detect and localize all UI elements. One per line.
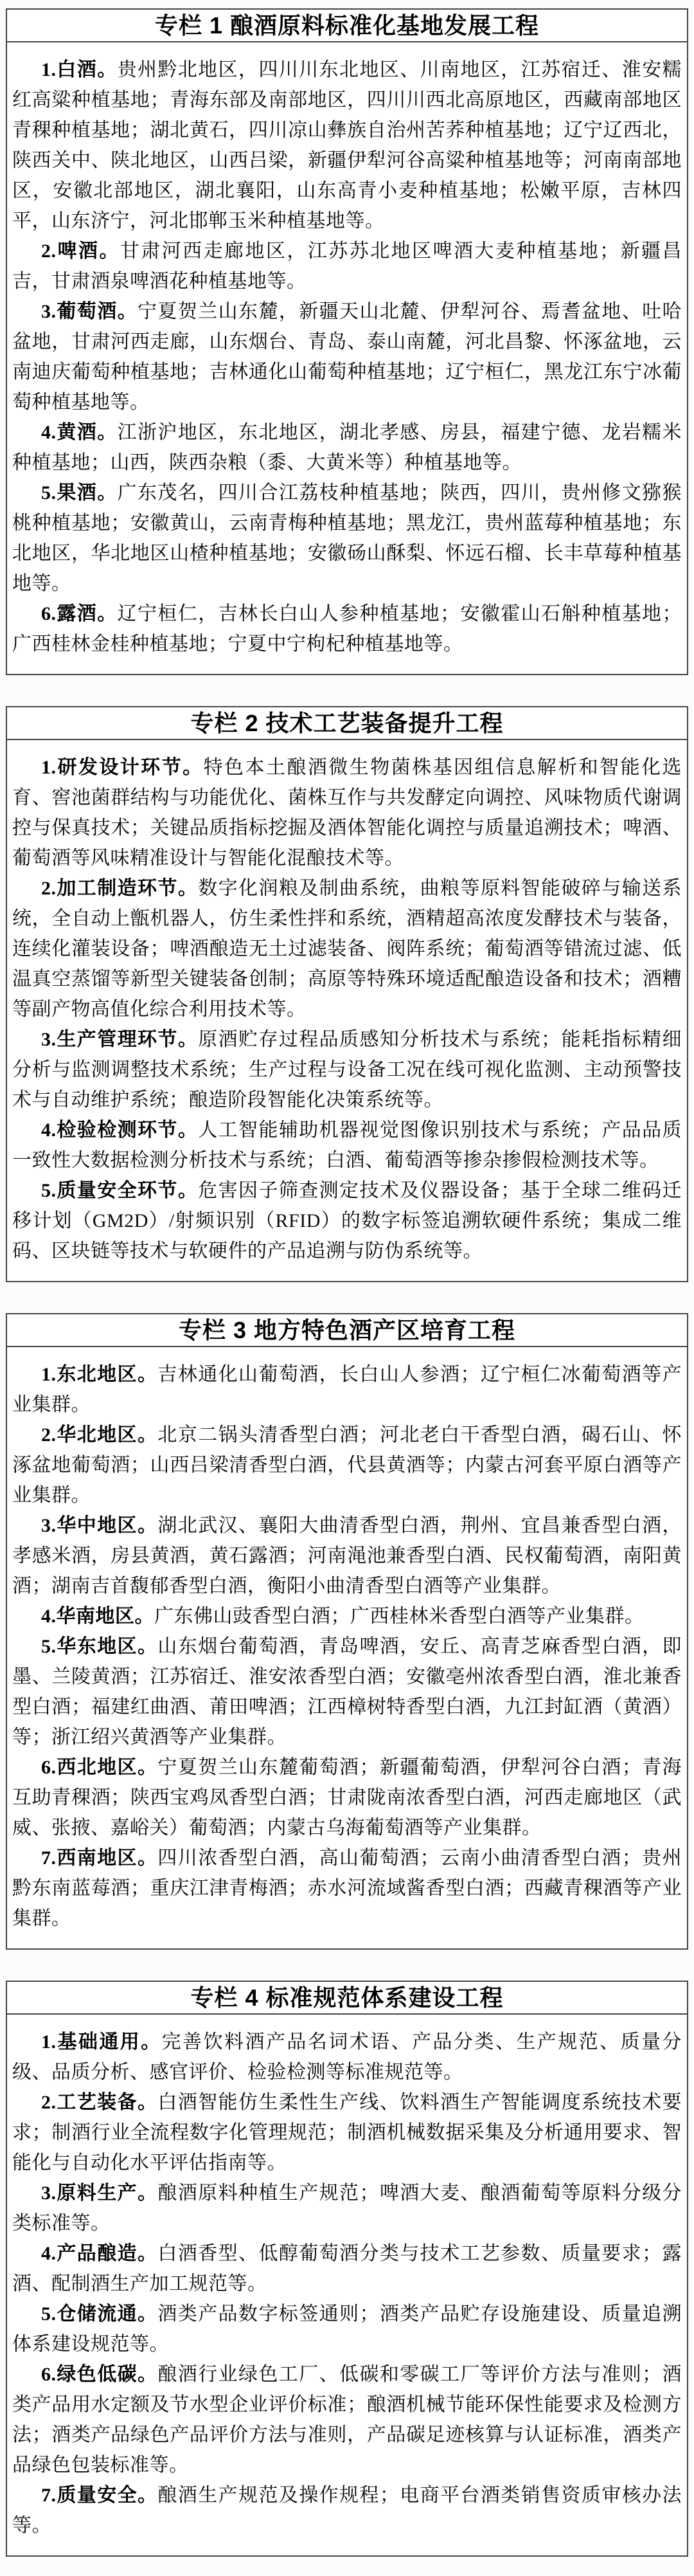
panel-title: 专栏 3 地方特色酒产区培育工程 [7,1314,687,1347]
item-lead: 5.果酒。 [41,482,118,503]
panel-title: 专栏 4 标准规范体系建设工程 [7,1982,687,2015]
panel-item: 4.检验检测环节。人工智能辅助机器视觉图像识别技术与系统；产品品质一致性大数据检… [12,1115,682,1175]
panel-body: 1.基础通用。完善饮料酒产品名词术语、产品分类、生产规范、质量分级、品质分析、感… [7,2015,687,2555]
panel-item: 7.质量安全。酿酒生产规范及操作规程；电商平台酒类销售资质审核办法等。 [12,2480,682,2541]
item-lead: 5.仓储流通。 [41,2303,157,2325]
panel-item: 1.研发设计环节。特色本土酿酒微生物菌株基因组信息解析和智能化选育、窖池菌群结构… [12,752,682,873]
panel-item: 4.产品酿造。白酒香型、低醇葡萄酒分类与技术工艺参数、质量要求；露酒、配制酒生产… [12,2238,682,2299]
item-lead: 1.研发设计环节。 [41,757,204,778]
item-lead: 4.产品酿造。 [41,2243,157,2264]
item-lead: 7.质量安全。 [41,2485,157,2506]
item-lead: 3.华中地区。 [41,1515,157,1536]
item-lead: 4.黄酒。 [41,422,118,443]
panel-item: 3.生产管理环节。原酒贮存过程品质感知分析技术与系统；能耗指标精细分析与监测调整… [12,1024,682,1115]
panel-item: 1.东北地区。吉林通化山葡萄酒，长白山人参酒；辽宁桓仁冰葡萄酒等产业集群。 [12,1359,682,1420]
panel-body: 1.研发设计环节。特色本土酿酒微生物菌株基因组信息解析和智能化选育、窖池菌群结构… [7,740,687,1281]
panel-item: 5.仓储流通。酒类产品数字标签通则；酒类产品贮存设施建设、质量追溯体系建设规范等… [12,2299,682,2359]
panel-title: 专栏 2 技术工艺装备提升工程 [7,707,687,740]
panel-3: 专栏 3 地方特色酒产区培育工程 1.东北地区。吉林通化山葡萄酒，长白山人参酒；… [6,1313,688,1950]
panel-item: 6.西北地区。宁夏贺兰山东麓葡萄酒；新疆葡萄酒，伊犁河谷白酒；青海互助青稞酒；陕… [12,1752,682,1843]
item-text: 数字化润粮及制曲系统，曲粮等原料智能破碎与输送系统，全自动上甑机器人，仿生柔性拌… [12,878,682,1020]
panel-item: 2.加工制造环节。数字化润粮及制曲系统，曲粮等原料智能破碎与输送系统，全自动上甑… [12,873,682,1024]
panel-2: 专栏 2 技术工艺装备提升工程 1.研发设计环节。特色本土酿酒微生物菌株基因组信… [6,706,688,1282]
panel-item: 5.质量安全环节。危害因子筛查测定技术及仪器设备；基于全球二维码迁移计划（GM2… [12,1175,682,1266]
panel-item: 1.白酒。贵州黔北地区，四川川东北地区、川南地区，江苏宿迁、淮安糯红高粱种植基地… [12,55,682,236]
panel-item: 3.华中地区。湖北武汉、襄阳大曲清香型白酒，荆州、宜昌兼香型白酒，孝感米酒，房县… [12,1510,682,1601]
item-lead: 3.葡萄酒。 [41,301,138,322]
item-lead: 1.白酒。 [41,59,118,80]
document-body: 专栏 1 酿酒原料标准化基地发展工程 1.白酒。贵州黔北地区，四川川东北地区、川… [0,8,694,2557]
panel-item: 4.华南地区。广东佛山豉香型白酒；广西桂林米香型白酒等产业集群。 [12,1601,682,1631]
item-lead: 4.检验检测环节。 [41,1120,198,1141]
panel-4: 专栏 4 标准规范体系建设工程 1.基础通用。完善饮料酒产品名词术语、产品分类、… [6,1981,688,2557]
document-page: { "page": { "background_color": "#fcfcfc… [0,0,694,2576]
panel-item: 6.露酒。辽宁桓仁，吉林长白山人参种植基地；安徽霍山石斛种植基地；广西桂林金桂种… [12,599,682,659]
panel-item: 2.华北地区。北京二锅头清香型白酒；河北老白干香型白酒，碣石山、怀涿盆地葡萄酒；… [12,1420,682,1510]
item-lead: 6.西北地区。 [41,1757,157,1778]
item-lead: 3.原料生产。 [41,2182,157,2204]
panel-item: 3.葡萄酒。宁夏贺兰山东麓，新疆天山北麓、伊犁河谷、焉耆盆地、吐哈盆地，甘肃河西… [12,296,682,417]
item-lead: 1.基础通用。 [41,2031,162,2053]
item-lead: 4.华南地区。 [41,1606,154,1627]
item-lead: 2.工艺装备。 [41,2092,157,2113]
item-lead: 2.华北地区。 [41,1424,157,1446]
item-lead: 5.质量安全环节。 [41,1180,198,1201]
panel-item: 1.基础通用。完善饮料酒产品名词术语、产品分类、生产规范、质量分级、品质分析、感… [12,2027,682,2087]
item-lead: 2.啤酒。 [41,240,120,262]
panel-1: 专栏 1 酿酒原料标准化基地发展工程 1.白酒。贵州黔北地区，四川川东北地区、川… [6,8,688,675]
panel-item: 4.黄酒。江浙沪地区，东北地区，湖北孝感、房县，福建宁德、龙岩糯米种植基地；山西… [12,417,682,478]
item-lead: 5.华东地区。 [41,1636,157,1657]
item-lead: 1.东北地区。 [41,1364,157,1385]
panel-title: 专栏 1 酿酒原料标准化基地发展工程 [7,10,687,42]
item-lead: 3.生产管理环节。 [41,1029,198,1050]
panel-body: 1.白酒。贵州黔北地区，四川川东北地区、川南地区，江苏宿迁、淮安糯红高粱种植基地… [7,42,687,674]
item-text: 贵州黔北地区，四川川东北地区、川南地区，江苏宿迁、淮安糯红高粱种植基地；青海东部… [12,59,682,231]
panel-body: 1.东北地区。吉林通化山葡萄酒，长白山人参酒；辽宁桓仁冰葡萄酒等产业集群。 2.… [7,1347,687,1948]
item-lead: 2.加工制造环节。 [41,878,198,899]
item-lead: 6.露酒。 [41,603,118,624]
panel-item: 5.华东地区。山东烟台葡萄酒，青岛啤酒，安丘、高青芝麻香型白酒，即墨、兰陵黄酒；… [12,1631,682,1752]
panel-item: 3.原料生产。酿酒原料种植生产规范；啤酒大麦、酿酒葡萄等原料分级分类标准等。 [12,2178,682,2238]
panel-item: 7.西南地区。四川浓香型白酒，高山葡萄酒；云南小曲清香型白酒；贵州黔东南蓝莓酒；… [12,1843,682,1934]
panel-item: 5.果酒。广东茂名，四川合江荔枝种植基地；陕西，四川，贵州修文猕猴桃种植基地；安… [12,478,682,599]
panel-item: 2.工艺装备。白酒智能仿生柔性生产线、饮料酒生产智能调度系统技术要求；制酒行业全… [12,2087,682,2178]
item-text: 广东佛山豉香型白酒；广西桂林米香型白酒等产业集群。 [154,1606,645,1627]
item-lead: 7.西南地区。 [41,1847,157,1869]
panel-item: 6.绿色低碳。酿酒行业绿色工厂、低碳和零碳工厂等评价方法与准则；酒类产品用水定额… [12,2359,682,2480]
panel-item: 2.啤酒。甘肃河西走廊地区，江苏苏北地区啤酒大麦种植基地；新疆昌吉，甘肃酒泉啤酒… [12,236,682,296]
item-lead: 6.绿色低碳。 [41,2364,157,2385]
